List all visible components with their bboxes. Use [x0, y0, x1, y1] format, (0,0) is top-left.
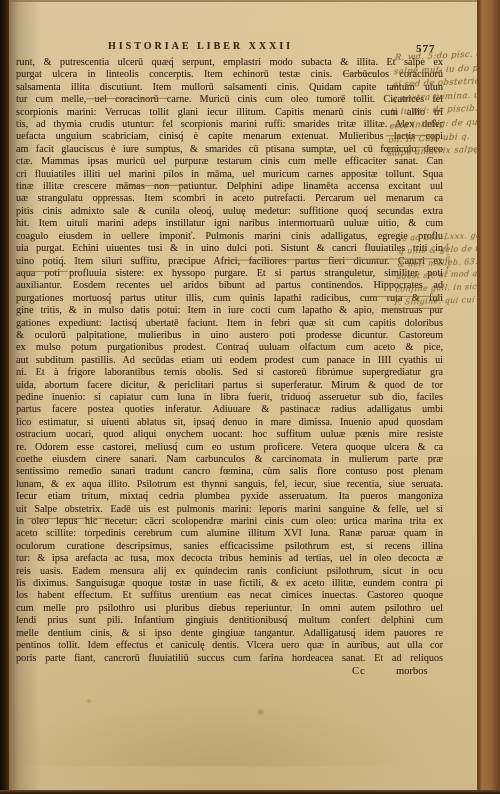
- text-line: pedine inuenio: si capiatur cum luna in …: [16, 392, 443, 404]
- fore-edge: [477, 0, 500, 794]
- text-line: tur cum melle, uel coracinorū carne. Mur…: [16, 94, 443, 106]
- text-line: lico estimatur, si uiuenti ablatus sit, …: [16, 417, 443, 429]
- text-line: purgationes mortuosq́ partus utitur illi…: [16, 293, 443, 305]
- text-line: aceto scillite: torpedinis cerebrum cum …: [16, 528, 443, 540]
- text-line: gationes expediunt: lactisq́ ubertatē fa…: [16, 318, 443, 330]
- text-line: sentissimo remedio sanari tradunt cancro…: [16, 466, 443, 478]
- ink-underline: [344, 73, 375, 74]
- running-head: HISTORIAE LIBER XXXII: [108, 41, 293, 52]
- text-line: auxiliantur. Eosdem recentes uel aridos …: [16, 280, 443, 292]
- signature-mark: Cc: [352, 666, 366, 677]
- body-text: runt, & putrescentia ulcerū quæq́ serpun…: [16, 57, 443, 665]
- text-line: uida, abortum facere dicitur, & periclit…: [16, 380, 443, 392]
- text-line: uia purgat. Echini uiuentes tusi & in ui…: [16, 243, 443, 255]
- text-line: partus facere postea quoties inferatur. …: [16, 404, 443, 416]
- book-page: HISTORIAE LIBER XXXII 577 runt, & putres…: [0, 0, 500, 794]
- text-line: aut subditum pastillis. Ad secūdas etiam…: [16, 355, 443, 367]
- text-line: purgat ulcera in linteolis concerptis. I…: [16, 69, 443, 81]
- catchword: morbos: [396, 666, 428, 677]
- text-line: melle dentium cinis, & si ipso dente gin…: [16, 628, 443, 640]
- text-line: uæ strangulatu oppressas. Item scombri i…: [16, 193, 443, 205]
- text-line: pitis cinis admixto sale & cunila oleoq́…: [16, 206, 443, 218]
- text-line: lis diximus. Sanguisugæ quoque tostæ in …: [16, 578, 443, 590]
- text-line: los habent effectum. Et suffitus urentiu…: [16, 590, 443, 602]
- page-bottom-edge: [0, 790, 500, 794]
- text-line: aqua poti profluuia sistere: ex hyssopo …: [16, 268, 443, 280]
- ink-spot: [256, 708, 265, 716]
- text-line: lunam, & ex aqua illito. Psilotrum est t…: [16, 479, 443, 491]
- text-line: tinæ illitæ crescere māmas non patiuntur…: [16, 181, 443, 193]
- text-line: cum melle pro psilothro usi pluribus die…: [16, 603, 443, 615]
- page-top-edge: [0, 0, 500, 2]
- text-line: reis uasis. Eadem mensura alij ex quinde…: [16, 566, 443, 578]
- ink-spot: [86, 698, 92, 704]
- text-line: cri fluuiatiles illiti uel marini pilos …: [16, 169, 443, 181]
- text-line: lendi prius sunt pili. Infantium gingiui…: [16, 615, 443, 627]
- text-line: gine tritis, & in mulso datis potui: Ite…: [16, 305, 443, 317]
- text-line: hit. Item uituli marini adeps instillatu…: [16, 218, 443, 230]
- text-line: uefacta unguium scabriciam, cinisq́ è ca…: [16, 131, 443, 143]
- text-line: am facit glauciscus è iure sumptus, & sm…: [16, 144, 443, 156]
- text-line: poris parte fiant, cancrorū fluuiatiliū …: [16, 653, 443, 665]
- binding-edge: [0, 0, 9, 794]
- text-line: salsamenta illita discutiunt. Item mullo…: [16, 82, 443, 94]
- text-line: oculorum curatione descripsimus, sanies …: [16, 541, 443, 553]
- text-line: coagulo eiusdem in uellere imponiť. Pulm…: [16, 231, 443, 243]
- text-line: uino potiq́. Item siluri suffitu, præcip…: [16, 256, 443, 268]
- text-line: ex mulso potum purgationibus prodest. Co…: [16, 342, 443, 354]
- signature-line: Cc morbos: [16, 666, 443, 679]
- text-line: scorpionis marini: Verrucas tollit glani…: [16, 107, 443, 119]
- text-line: & oculorū palpitatione, mulieribus in ui…: [16, 330, 443, 342]
- text-line: tis, ad thymia crudis utuntur: fel scorp…: [16, 119, 443, 131]
- text-line: ctæ. Mammas ipsas muricū uel purpuræ tes…: [16, 156, 443, 168]
- text-line: coethe eiusdem cinere sanari. Nam carbun…: [16, 454, 443, 466]
- book-scan-photo: HISTORIAE LIBER XXXII 577 runt, & putres…: [0, 0, 500, 794]
- text-line: uit Salpe obstetrix. Eadē uis est pulmon…: [16, 504, 443, 516]
- text-line: runt, & putrescentia ulcerū quæq́ serpun…: [16, 57, 443, 69]
- text-line: re. Odorem esse castorei, meliusq́ cum e…: [16, 442, 443, 454]
- text-line: ostracium uocari, quod aliqui onychem uo…: [16, 429, 443, 441]
- water-stain: [9, 688, 477, 766]
- text-line: tur: & ipsa arefacta ac tusa, mox decoct…: [16, 553, 443, 565]
- text-line: Iecur etiam tritum, mixtaq́ cedria plumb…: [16, 491, 443, 503]
- text-line: pentinos tollit. Idem effectus et canicu…: [16, 640, 443, 652]
- text-line: ni. Et à frigore laborantibus ternis obo…: [16, 367, 443, 379]
